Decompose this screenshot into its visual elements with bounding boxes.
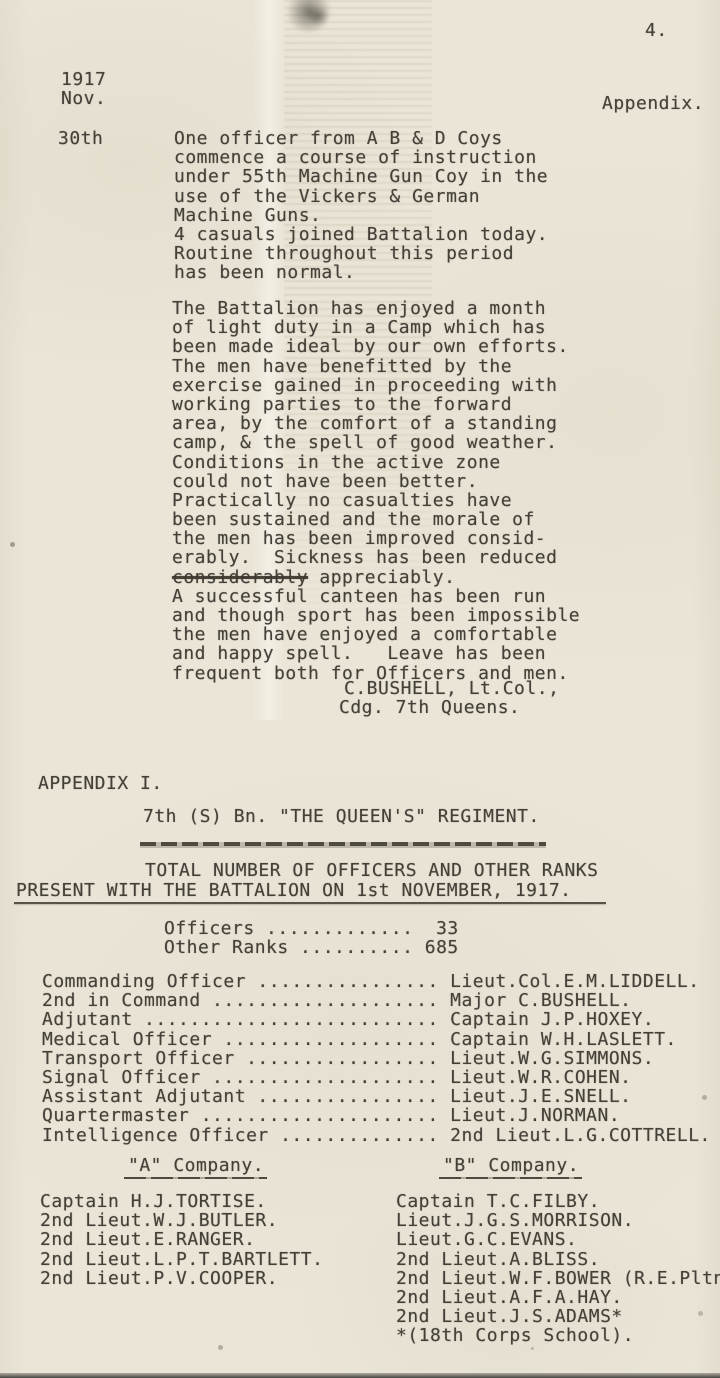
- company-a-header: "A" Company.: [128, 1156, 264, 1175]
- signature-title: Cdg. 7th Queens.: [339, 698, 520, 717]
- company-a-header-underline: [124, 1177, 267, 1179]
- company-b-header: "B" Company.: [443, 1156, 579, 1175]
- appendix-label: Appendix.: [602, 94, 704, 113]
- battalion-title-rule: [140, 842, 546, 846]
- company-a-officer-list: Captain H.J.TORTISE.2nd Lieut.W.J.BUTLER…: [40, 1192, 323, 1288]
- battalion-title: 7th (S) Bn. "THE QUEEN'S" REGIMENT.: [143, 807, 540, 826]
- scan-bottom-edge: [0, 1373, 720, 1378]
- appendix-heading: APPENDIX I.: [38, 774, 163, 793]
- entry-date: 30th: [58, 129, 103, 148]
- strength-title-line2: PRESENT WITH THE BATTALION ON 1st NOVEMB…: [16, 881, 572, 900]
- war-diary-page: 4. 1917 Nov. Appendix. 30th One officer …: [0, 0, 720, 1378]
- entry-paragraph-2: The Battalion has enjoyed a monthof ligh…: [172, 299, 580, 683]
- page-number: 4.: [645, 21, 668, 40]
- entry-paragraph-1: One officer from A B & D Coyscommence a …: [174, 129, 548, 283]
- appointments-roster: Commanding Officer ................ Lieu…: [42, 972, 711, 1145]
- strength-counts: Officers ............. 33Other Ranks ...…: [164, 919, 459, 957]
- company-b-officer-list: Captain T.C.FILBY.Lieut.J.G.S.MORRISON.L…: [396, 1192, 720, 1346]
- company-b-header-underline: [439, 1177, 582, 1179]
- strength-title-underline: [14, 902, 606, 904]
- signature-name: C.BUSHELL, Lt.Col.,: [344, 679, 559, 698]
- paper-specks: [0, 0, 3, 3]
- entry-year: 1917: [61, 70, 106, 89]
- strength-title-line1: TOTAL NUMBER OF OFFICERS AND OTHER RANKS: [145, 861, 598, 880]
- entry-month: Nov.: [61, 89, 106, 108]
